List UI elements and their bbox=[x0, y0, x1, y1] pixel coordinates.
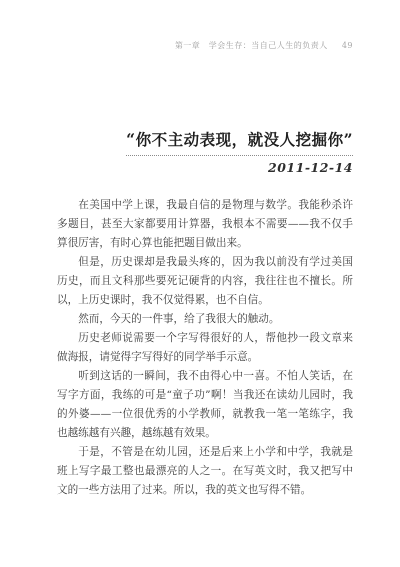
paragraph: 听到这话的一瞬间，我不由得心中一喜。不怕人笑话，在写字方面，我练的可是“童子功”… bbox=[57, 367, 353, 443]
chapter-heading: 第一章 学会生存：当自己人生的负责人 bbox=[175, 40, 328, 51]
paragraph: 但是，历史课却是我最头疼的，因为我以前没有学过美国历史，而且文科那些要死记硬背的… bbox=[57, 253, 353, 310]
article-title: “你不主动表现，就没人挖掘你” bbox=[126, 128, 353, 156]
paragraph: 然而，今天的一件事，给了我很大的触动。 bbox=[57, 310, 353, 329]
title-block: “你不主动表现，就没人挖掘你” 2011-12-14 bbox=[57, 128, 353, 175]
article-body: 在美国中学上课，我最自信的是物理与数学。我能秒杀许多题目，甚至大家都要用计算器，… bbox=[57, 196, 353, 500]
paragraph: 于是，不管是在幼儿园，还是后来上小学和中学，我就是班上写字最工整也最漂亮的人之一… bbox=[57, 443, 353, 500]
book-page: 第一章 学会生存：当自己人生的负责人 49 “你不主动表现，就没人挖掘你” 20… bbox=[0, 0, 400, 567]
running-header: 第一章 学会生存：当自己人生的负责人 49 bbox=[57, 40, 353, 51]
article-date: 2011-12-14 bbox=[57, 160, 353, 175]
paragraph: 在美国中学上课，我最自信的是物理与数学。我能秒杀许多题目，甚至大家都要用计算器，… bbox=[57, 196, 353, 253]
page-number: 49 bbox=[342, 41, 353, 50]
paragraph: 历史老师说需要一个字写得很好的人，帮他抄一段文章来做海报，请觉得字写得好的同学举… bbox=[57, 329, 353, 367]
